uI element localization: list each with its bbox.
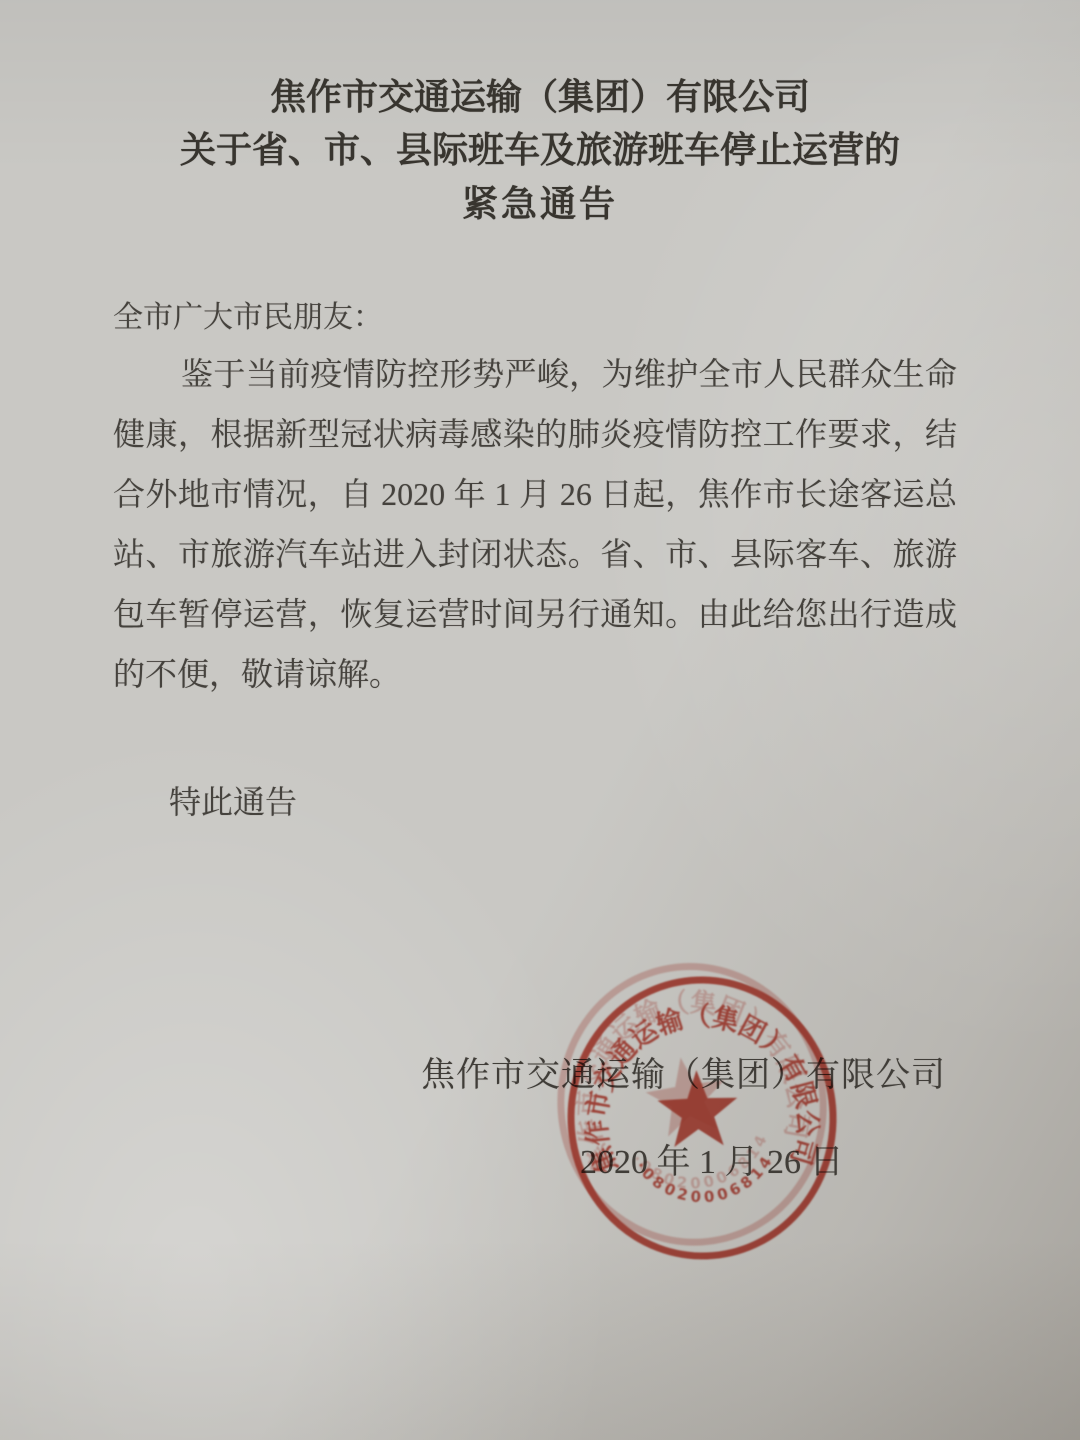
body-line: 合外地市情况，自 2020 年 1 月 26 日起，焦作市长途客运总 (113, 464, 957, 524)
stamp-art: 焦作市交通运输（集团）有限公司 ·08020006814 (566, 976, 837, 1261)
notice-greeting: 全市广大市民朋友： (113, 301, 383, 334)
official-seal-stamp: 焦作市交通运输（集团）有限公司 ·08020006814 (536, 947, 867, 1288)
notice-title-type: 紧急通告 (0, 186, 1080, 222)
notice-body-paragraph: 鉴于当前疫情防控形势严峻，为维护全市人民群众生命 健康，根据新型冠状病毒感染的肺… (113, 344, 957, 704)
notice-closing: 特此通告 (169, 785, 297, 820)
notice-document-photo: 焦作市交通运输（集团）有限公司 关于省、市、县际班车及旅游班车停止运营的 紧急通… (0, 0, 1080, 1440)
notice-title-subject: 关于省、市、县际班车及旅游班车停止运营的 (0, 132, 1080, 168)
notice-title-company: 焦作市交通运输（集团）有限公司 (0, 79, 1080, 115)
body-line: 的不便，敬请谅解。 (113, 644, 957, 704)
body-line: 站、市旅游汽车站进入封闭状态。省、市、县际客车、旅游 (113, 524, 957, 584)
body-line: 包车暂停运营，恢复运营时间另行通知。由此给您出行造成 (113, 584, 957, 644)
body-line: 健康，根据新型冠状病毒感染的肺炎疫情防控工作要求，结 (113, 404, 957, 464)
body-line: 鉴于当前疫情防控形势严峻，为维护全市人民群众生命 (113, 344, 957, 404)
